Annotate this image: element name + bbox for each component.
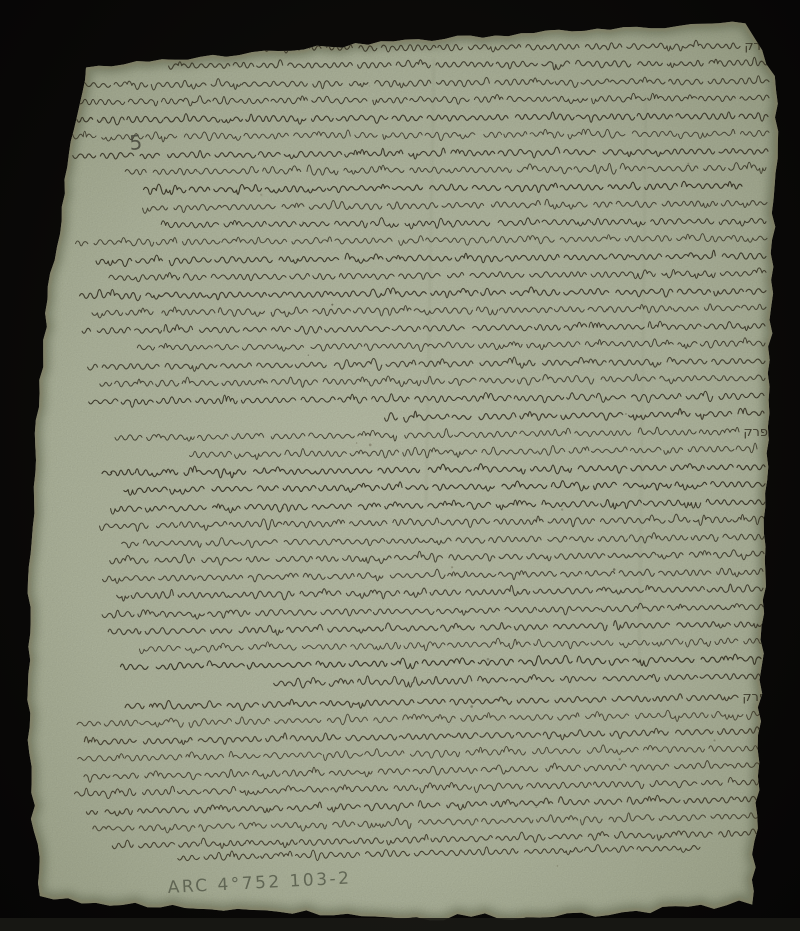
paper-speck <box>308 354 309 355</box>
chapter-word: פרק <box>742 690 767 705</box>
margin-chapter-word: פרק <box>769 693 791 707</box>
paper-grain-texture <box>0 0 800 931</box>
paper-speck <box>613 568 616 571</box>
paper-speck <box>689 732 690 733</box>
paper-speck <box>282 507 284 509</box>
paper-speck <box>331 304 333 306</box>
paper-speck <box>451 566 453 568</box>
paper-speck <box>470 705 473 708</box>
paper-speck <box>356 442 357 443</box>
paper-speck <box>687 163 689 165</box>
paper-speck <box>713 739 715 741</box>
paper-speck <box>369 86 370 87</box>
paper-speck <box>625 413 627 415</box>
paper-speck <box>487 658 490 661</box>
manuscript-photo: פרקפרקפרקפרק 5 ARC 4°752 103-2 <box>0 0 800 931</box>
paper-speck <box>619 758 621 760</box>
paper-speck <box>302 221 304 223</box>
chapter-word: פרק <box>743 425 768 440</box>
paper-speck <box>421 523 422 524</box>
paper-speck <box>254 772 255 773</box>
paper-speck <box>101 118 104 121</box>
paper-speck <box>296 259 297 260</box>
backdrop-bottom-strip <box>0 918 800 931</box>
paper-speck <box>632 574 633 575</box>
folio-number: 5 <box>128 130 143 155</box>
paper-speck <box>561 508 563 510</box>
chapter-word: פרק <box>744 39 769 54</box>
paper-speck <box>535 806 537 808</box>
manuscript-scene: פרקפרקפרקפרק 5 ARC 4°752 103-2 <box>0 0 800 931</box>
paper-speck <box>260 194 262 196</box>
paper-speck <box>448 724 449 725</box>
paper-speck <box>557 865 559 867</box>
paper-speck <box>369 444 372 447</box>
